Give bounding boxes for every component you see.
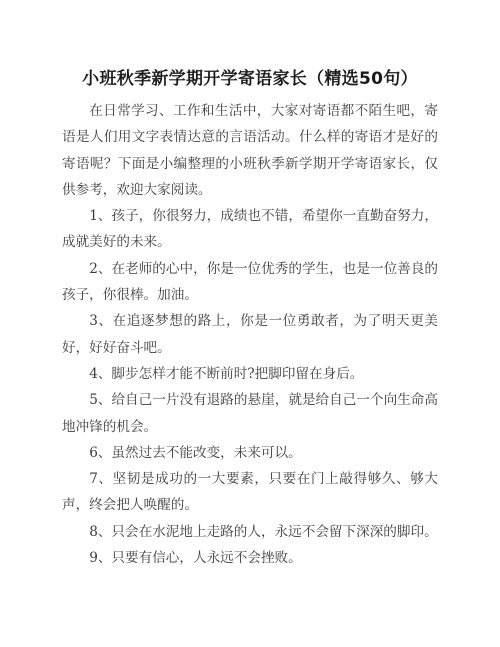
document-title: 小班秋季新学期开学寄语家长（精选50句）	[0, 64, 500, 89]
list-item: 2、在老师的心中，你是一位优秀的学生，也是一位善良的孩子，你很棒。加油。	[62, 256, 438, 309]
list-item: 3、在追逐梦想的路上，你是一位勇敢者，为了明天更美好，好好奋斗吧。	[62, 308, 438, 361]
list-item: 1、孩子，你很努力，成绩也不错，希望你一直勤奋努力，成就美好的未来。	[62, 203, 438, 256]
list-item: 7、坚韧是成功的一大要素，只要在门上敲得够久、够大声，终会把人唤醒的。	[62, 466, 438, 519]
list-item: 5、给自己一片没有退路的悬崖，就是给自己一个向生命高地冲锋的机会。	[62, 387, 438, 440]
list-item: 8、只会在水泥地上走路的人，永远不会留下深深的脚印。	[62, 519, 438, 545]
document-page: 小班秋季新学期开学寄语家长（精选50句） 在日常学习、工作和生活中，大家对寄语都…	[0, 0, 500, 647]
list-item: 9、只要有信心，人永远不会挫败。	[62, 545, 438, 571]
list-item: 6、虽然过去不能改变，未来可以。	[62, 440, 438, 466]
document-body: 在日常学习、工作和生活中，大家对寄语都不陌生吧，寄语是人们用文字表情达意的言语活…	[62, 98, 438, 571]
list-item: 4、脚步怎样才能不断前时?把脚印留在身后。	[62, 361, 438, 387]
intro-paragraph: 在日常学习、工作和生活中，大家对寄语都不陌生吧，寄语是人们用文字表情达意的言语活…	[62, 98, 438, 203]
